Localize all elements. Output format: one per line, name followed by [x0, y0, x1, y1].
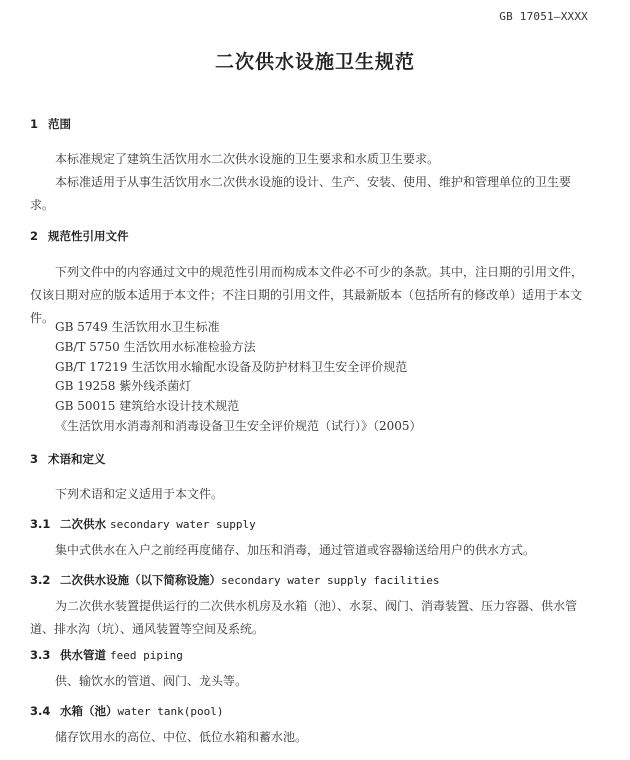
term-en: water tank(pool) [118, 705, 224, 718]
term-definition: 集中式供水在入户之前经再度储存、加压和消毒，通过管道或容器输送给用户的供水方式。 [30, 539, 590, 562]
section-title: 范围 [48, 117, 71, 131]
section-3-heading: 3术语和定义 [30, 451, 106, 467]
section-2-heading: 2规范性引用文件 [30, 228, 129, 244]
term-number: 3.3 [30, 648, 60, 662]
document-title: 二次供水设施卫生规范 [0, 47, 630, 74]
term-zh: 二次供水 [60, 517, 106, 531]
section-title: 术语和定义 [48, 452, 106, 466]
term-3-3-heading: 3.3供水管道 feed piping [30, 647, 183, 663]
term-zh: 水箱（池） [60, 704, 118, 718]
term-en: secondary water supply facilities [221, 574, 440, 587]
term-number: 3.2 [30, 573, 60, 587]
document-code: GB 17051—XXXX [499, 10, 588, 23]
term-en: feed piping [110, 649, 183, 662]
paragraph: 本标准规定了建筑生活饮用水二次供水设施的卫生要求和水质卫生要求。 [30, 148, 590, 171]
term-definition: 为二次供水装置提供运行的二次供水机房及水箱（池）、水泵、阀门、消毒装置、压力容器… [30, 595, 590, 641]
reference-item: GB 50015 建筑给水设计技术规范 [55, 397, 422, 417]
term-number: 3.4 [30, 704, 60, 718]
term-zh: 供水管道 [60, 648, 106, 662]
term-3-4-heading: 3.4水箱（池）water tank(pool) [30, 703, 223, 719]
section-number: 3 [30, 452, 48, 466]
reference-list: GB 5749 生活饮用水卫生标准 GB/T 5750 生活饮用水标准检验方法 … [55, 318, 422, 437]
reference-item: 《生活饮用水消毒剂和消毒设备卫生安全评价规范（试行）》（2005） [55, 417, 422, 437]
reference-item: GB/T 5750 生活饮用水标准检验方法 [55, 338, 422, 358]
section-title: 规范性引用文件 [48, 229, 129, 243]
reference-item: GB 5749 生活饮用水卫生标准 [55, 318, 422, 338]
section-number: 2 [30, 229, 48, 243]
reference-item: GB 19258 紫外线杀菌灯 [55, 377, 422, 397]
section-1-heading: 1范围 [30, 116, 71, 132]
term-definition: 储存饮用水的高位、中位、低位水箱和蓄水池。 [30, 726, 590, 749]
term-3-2-heading: 3.2二次供水设施（以下简称设施）secondary water supply … [30, 572, 440, 588]
term-3-1-heading: 3.1二次供水 secondary water supply [30, 516, 256, 532]
term-en: secondary water supply [110, 518, 256, 531]
section-number: 1 [30, 117, 48, 131]
paragraph: 本标准适用于从事生活饮用水二次供水设施的设计、生产、安装、使用、维护和管理单位的… [30, 171, 590, 217]
paragraph: 下列术语和定义适用于本文件。 [30, 483, 590, 506]
term-zh: 二次供水设施（以下简称设施） [60, 573, 221, 587]
term-definition: 供、输饮水的管道、阀门、龙头等。 [30, 670, 590, 693]
reference-item: GB/T 17219 生活饮用水输配水设备及防护材料卫生安全评价规范 [55, 358, 422, 378]
term-number: 3.1 [30, 517, 60, 531]
